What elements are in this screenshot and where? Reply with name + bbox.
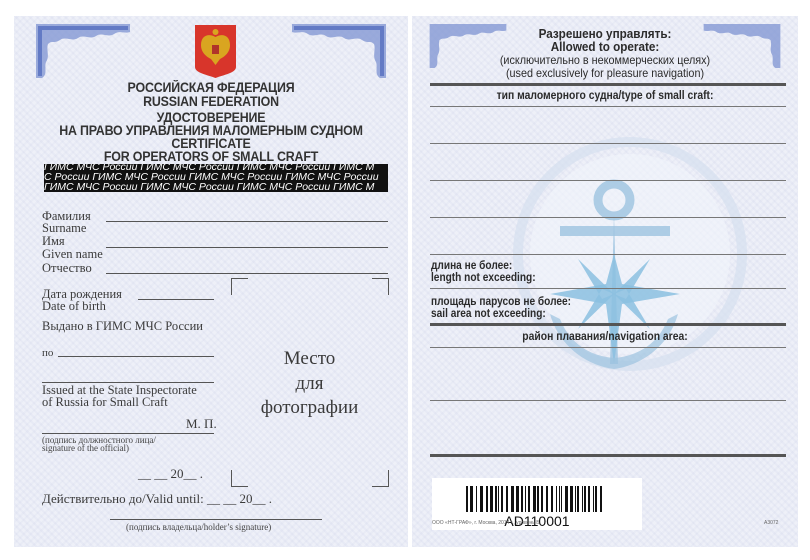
craft-type-label: тип маломерного судна/type of small craf… bbox=[431, 90, 778, 102]
sail-area-label-en: sail area not exceeding: bbox=[431, 308, 546, 320]
holder-signature-field[interactable] bbox=[110, 519, 322, 520]
official-signature-field[interactable] bbox=[42, 433, 214, 434]
craft-type-line-1[interactable] bbox=[430, 106, 786, 107]
craft-type-line-5[interactable] bbox=[430, 254, 786, 255]
security-ribbon: ГИМС МЧС России ГИМС МЧС России ГИМС МЧС… bbox=[44, 164, 388, 192]
form-code: A3072 bbox=[764, 520, 778, 526]
issue-date-field[interactable]: __ __ 20__ . bbox=[138, 468, 203, 480]
length-label-ru: длина не более: bbox=[431, 260, 512, 272]
holder-signature-caption: (подпись владельца/holder’s signature) bbox=[126, 523, 271, 532]
usage-note-en: (used exclusively for pleasure navigatio… bbox=[431, 66, 778, 80]
patronymic-label-ru: Отчество bbox=[42, 262, 92, 274]
dob-label-en: Date of birth bbox=[42, 300, 106, 312]
length-label-en: length not exceeding: bbox=[431, 272, 536, 284]
usage-note-ru: (исключительно в некоммерческих целях) bbox=[431, 53, 778, 67]
barcode-bars bbox=[466, 486, 606, 512]
issued-by-field-1[interactable] bbox=[58, 356, 214, 357]
navigation-area-line-1[interactable] bbox=[430, 347, 786, 348]
country-name-en: RUSSIAN FEDERATION bbox=[30, 94, 392, 109]
coat-of-arms-emblem bbox=[193, 23, 238, 79]
sail-area-field[interactable] bbox=[430, 323, 786, 326]
photo-corner-tr bbox=[372, 278, 389, 295]
allowed-heading-en: Allowed to operate: bbox=[431, 39, 778, 54]
craft-type-line-4[interactable] bbox=[430, 217, 786, 218]
surname-field[interactable] bbox=[106, 221, 388, 222]
guilloche-corner-top-right bbox=[290, 22, 388, 80]
photo-placeholder-line-2: для bbox=[231, 374, 388, 393]
document-title-en-2: FOR OPERATORS OF SMALL CRAFT bbox=[30, 149, 392, 164]
photo-corner-br bbox=[372, 470, 389, 487]
surname-label-en: Surname bbox=[42, 222, 86, 234]
stamp-place-label: М. П. bbox=[186, 418, 217, 430]
certificate-front-page: РОССИЙСКАЯ ФЕДЕРАЦИЯ RUSSIAN FEDERATION … bbox=[14, 16, 408, 547]
sail-area-label-ru: площадь парусов не более: bbox=[431, 296, 571, 308]
navigation-area-line-2[interactable] bbox=[430, 400, 786, 401]
ribbon-line-3: ГИМС МЧС России ГИМС МЧС России ГИМС МЧС… bbox=[44, 182, 388, 192]
issued-by-label-ru: Выдано в ГИМС МЧС России bbox=[42, 320, 203, 332]
patronymic-field[interactable] bbox=[106, 273, 388, 274]
country-name-ru: РОССИЙСКАЯ ФЕДЕРАЦИЯ bbox=[30, 80, 392, 95]
divider-bottom bbox=[430, 454, 786, 457]
given-name-label-ru: Имя bbox=[42, 235, 65, 247]
photo-placeholder-line-1: Место bbox=[231, 349, 388, 368]
photo-corner-bl bbox=[231, 470, 248, 487]
craft-type-line-2[interactable] bbox=[430, 143, 786, 144]
printer-imprint: ООО «НТ-ГРАФ», г. Москва, 2014 г., урове… bbox=[432, 520, 540, 526]
issued-label-en-2: of Russia for Small Craft bbox=[42, 396, 168, 408]
craft-type-line-3[interactable] bbox=[430, 180, 786, 181]
divider-top bbox=[430, 83, 786, 86]
dob-field[interactable] bbox=[138, 299, 214, 300]
guilloche-corner-top-left bbox=[34, 22, 132, 80]
length-field[interactable] bbox=[430, 288, 786, 289]
official-signature-caption-2: signature of the official) bbox=[42, 444, 129, 453]
photo-placeholder-line-3: фотографии bbox=[231, 398, 388, 417]
navigation-area-label: район плавания/navigation area: bbox=[431, 331, 778, 343]
po-label: по bbox=[42, 347, 53, 359]
certificate-back-page: Разрешено управлять: Allowed to operate:… bbox=[412, 16, 798, 547]
given-name-label-en: Given name bbox=[42, 248, 103, 260]
photo-corner-tl bbox=[231, 278, 248, 295]
valid-until-field[interactable]: Действительно до/Valid until: __ __ 20__… bbox=[42, 493, 272, 505]
given-name-field[interactable] bbox=[106, 247, 388, 248]
